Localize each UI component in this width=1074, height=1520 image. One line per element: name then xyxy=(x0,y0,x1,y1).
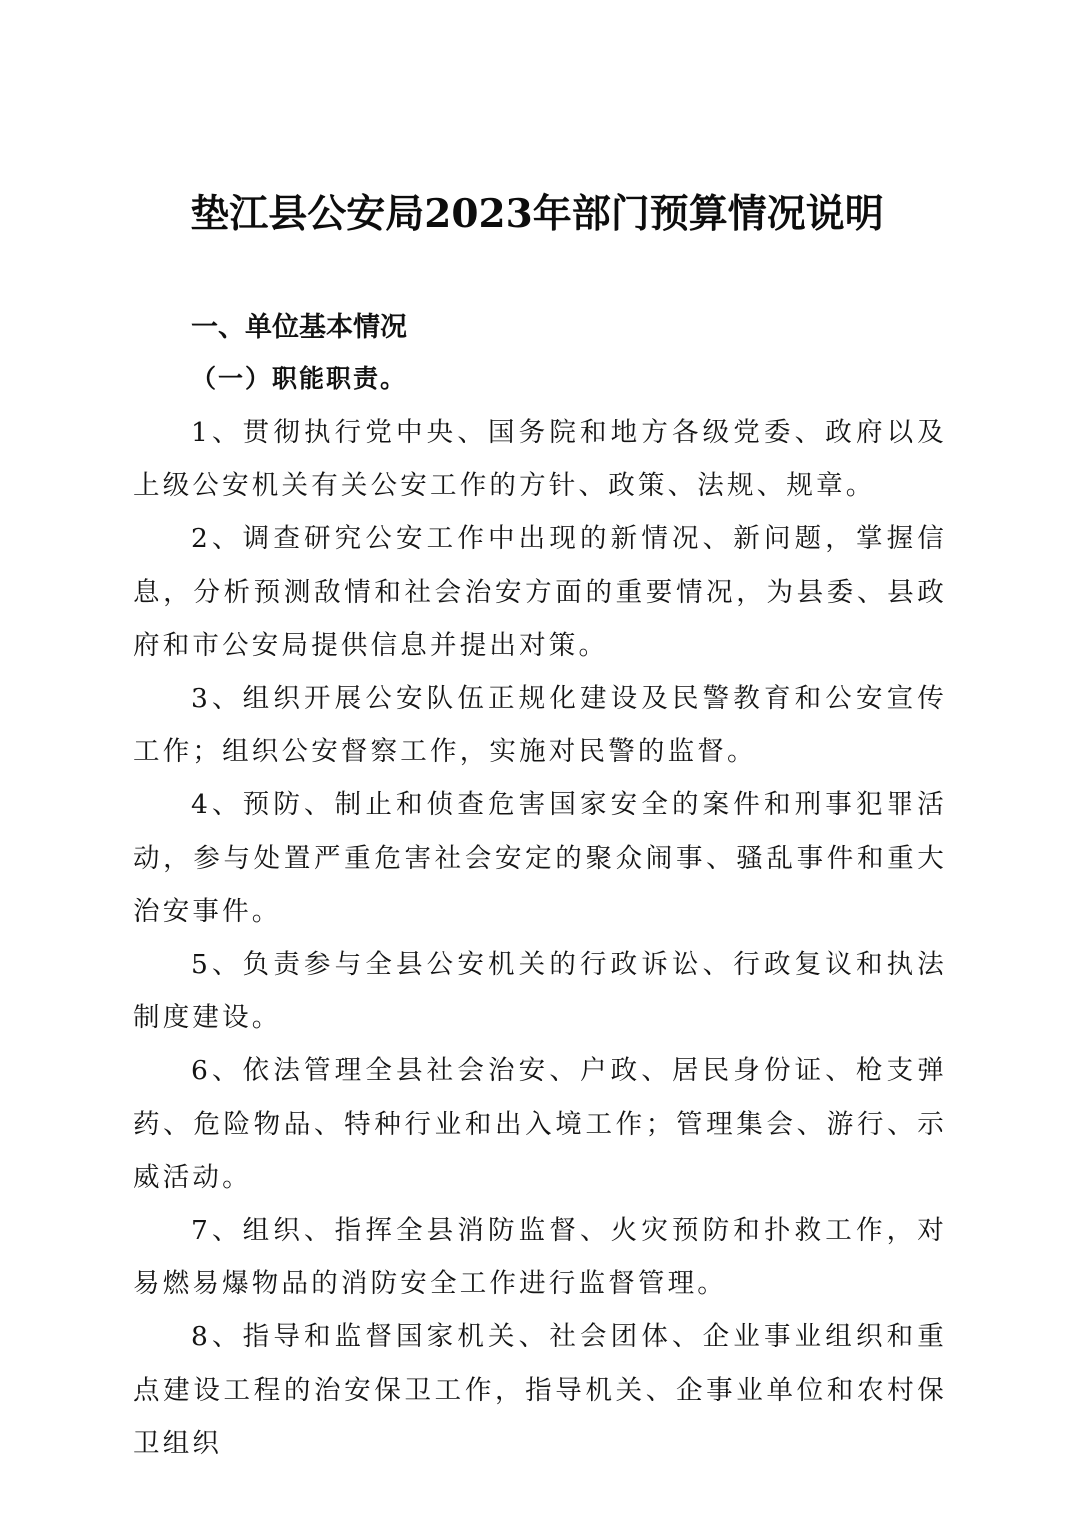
section-heading-unit-basic-info: 一、单位基本情况 xyxy=(133,305,947,351)
document-title: 垫江县公安局2023年部门预算情况说明 xyxy=(0,186,1074,242)
duty-paragraph-5: 5、负责参与全县公安机关的行政诉讼、行政复议和执法制度建设。 xyxy=(133,938,947,1044)
duty-paragraph-6: 6、依法管理全县社会治安、户政、居民身份证、枪支弹药、危险物品、特种行业和出入境… xyxy=(133,1044,947,1204)
subsection-heading-duties: （一）职能职责。 xyxy=(133,351,947,406)
duty-paragraph-2: 2、调查研究公安工作中出现的新情况、新问题，掌握信息，分析预测敌情和社会治安方面… xyxy=(133,512,947,672)
document-page: 垫江县公安局2023年部门预算情况说明 一、单位基本情况 （一）职能职责。 1、… xyxy=(0,0,1074,1520)
duty-paragraph-1: 1、贯彻执行党中央、国务院和地方各级党委、政府以及上级公安机关有关公安工作的方针… xyxy=(133,406,947,512)
duty-paragraph-3: 3、组织开展公安队伍正规化建设及民警教育和公安宣传工作；组织公安督察工作，实施对… xyxy=(133,672,947,778)
duty-paragraph-4: 4、预防、制止和侦查危害国家安全的案件和刑事犯罪活动，参与处置严重危害社会安定的… xyxy=(133,778,947,938)
document-body: 一、单位基本情况 （一）职能职责。 1、贯彻执行党中央、国务院和地方各级党委、政… xyxy=(133,305,947,1470)
duty-paragraph-7: 7、组织、指挥全县消防监督、火灾预防和扑救工作，对易燃易爆物品的消防安全工作进行… xyxy=(133,1204,947,1310)
duty-paragraph-8: 8、指导和监督国家机关、社会团体、企业事业组织和重点建设工程的治安保卫工作，指导… xyxy=(133,1310,947,1470)
